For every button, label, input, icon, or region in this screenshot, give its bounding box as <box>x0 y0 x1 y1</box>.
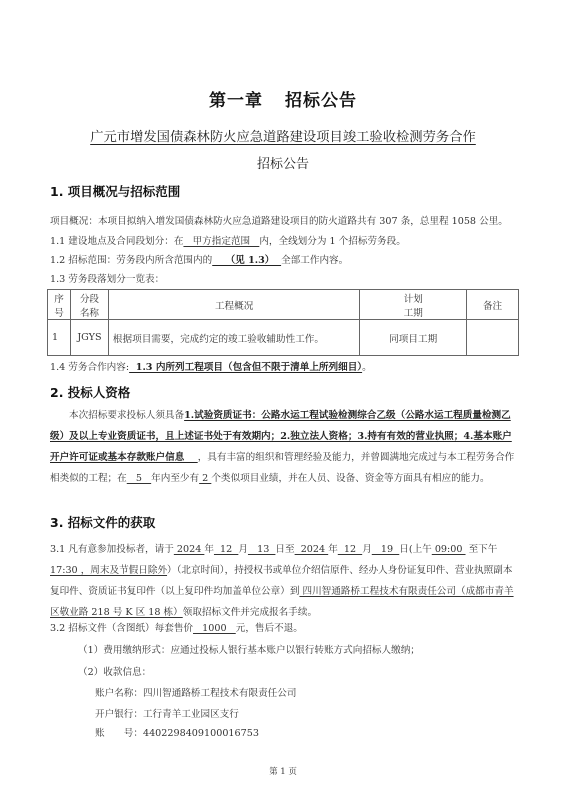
chapter-heading: 第一章招标公告 <box>0 86 566 111</box>
section2-heading: 2. 投标人资格 <box>50 383 130 401</box>
cell-note <box>467 320 519 356</box>
bidder-qualification: 本次招标要求投标人须具备1.试验资质证书：公路水运工程试验检测综合乙级（公路水运… <box>50 405 520 489</box>
bank-name: 开户银行：工行青羊工业园区支行 <box>95 706 239 720</box>
years-value: 5 <box>127 473 151 484</box>
header-name: 分段名称 <box>70 290 108 320</box>
header-period: 计划工期 <box>360 290 467 320</box>
cell-desc: 根据项目需要，完成约定的竣工验收辅助性工作。 <box>108 320 359 356</box>
location-value: 甲方指定范围 <box>183 236 259 247</box>
cell-name: JGYS <box>70 320 108 356</box>
count-value: 2 <box>199 473 211 484</box>
table-row: 1 JGYS 根据项目需要，完成约定的竣工验收辅助性工作。 同项目工期 <box>48 320 519 356</box>
item-1-2: 1.2 招标范围：劳务段内所含范围内的 （见 1.3） 全部工作内容。 <box>50 252 348 266</box>
payment-method: （1）费用缴纳形式：应通过投标人银行基本账户以银行转账方式向招标人缴纳； <box>78 642 420 656</box>
price-value: 1000 <box>193 623 236 634</box>
cell-period: 同项目工期 <box>360 320 467 356</box>
project-title: 广元市增发国债森林防火应急道路建设项目竣工验收检测劳务合作 <box>0 126 566 145</box>
cell-no: 1 <box>48 320 71 356</box>
project-overview: 项目概况：本项目拟纳入增发国债森林防火应急道路建设项目的防火道路共有 307 条… <box>50 213 508 227</box>
page-number: 第 1 页 <box>0 765 566 777</box>
header-desc: 工程概况 <box>108 290 359 320</box>
table-header-row: 序号 分段名称 工程概况 计划工期 备注 <box>48 290 519 320</box>
item-3-1: 3.1 凡有意参加投标者，请于 2024 年 12 月 13 日至 2024 年… <box>50 539 520 623</box>
section3-heading: 3. 招标文件的获取 <box>50 513 155 531</box>
sub-title: 招标公告 <box>0 153 566 172</box>
account-number: 账 号：4402298409100016753 <box>95 725 259 739</box>
header-note: 备注 <box>467 290 519 320</box>
header-no: 序号 <box>48 290 71 320</box>
scope-value: （见 1.3） <box>212 255 281 266</box>
chapter-title: 招标公告 <box>285 91 357 111</box>
chapter-number: 第一章 <box>209 91 263 111</box>
section1-heading: 1. 项目概况与招标范围 <box>50 182 180 200</box>
item-1-3: 1.3 劳务段落划分一览表： <box>50 271 164 285</box>
payee-heading: （2）收款信息： <box>78 664 151 678</box>
cooperation-content: 1.3 内所列工程项目（包含但不限于清单上所列细目） <box>129 362 362 373</box>
item-1-1: 1.1 建设地点及合同段划分：在 甲方指定范围 内，全线划分为 1 个招标劳务段… <box>50 233 406 247</box>
item-1-4: 1.4 劳务合作内容: 1.3 内所列工程项目（包含但不限于清单上所列细目）。 <box>50 359 372 373</box>
account-name: 账户名称：四川智通路桥工程技术有限责任公司 <box>95 685 296 699</box>
segment-table: 序号 分段名称 工程概况 计划工期 备注 1 JGYS 根据项目需要，完成约定的… <box>47 289 519 356</box>
item-3-2: 3.2 招标文件（含图纸）每套售价 1000 元，售后不退。 <box>50 620 303 634</box>
